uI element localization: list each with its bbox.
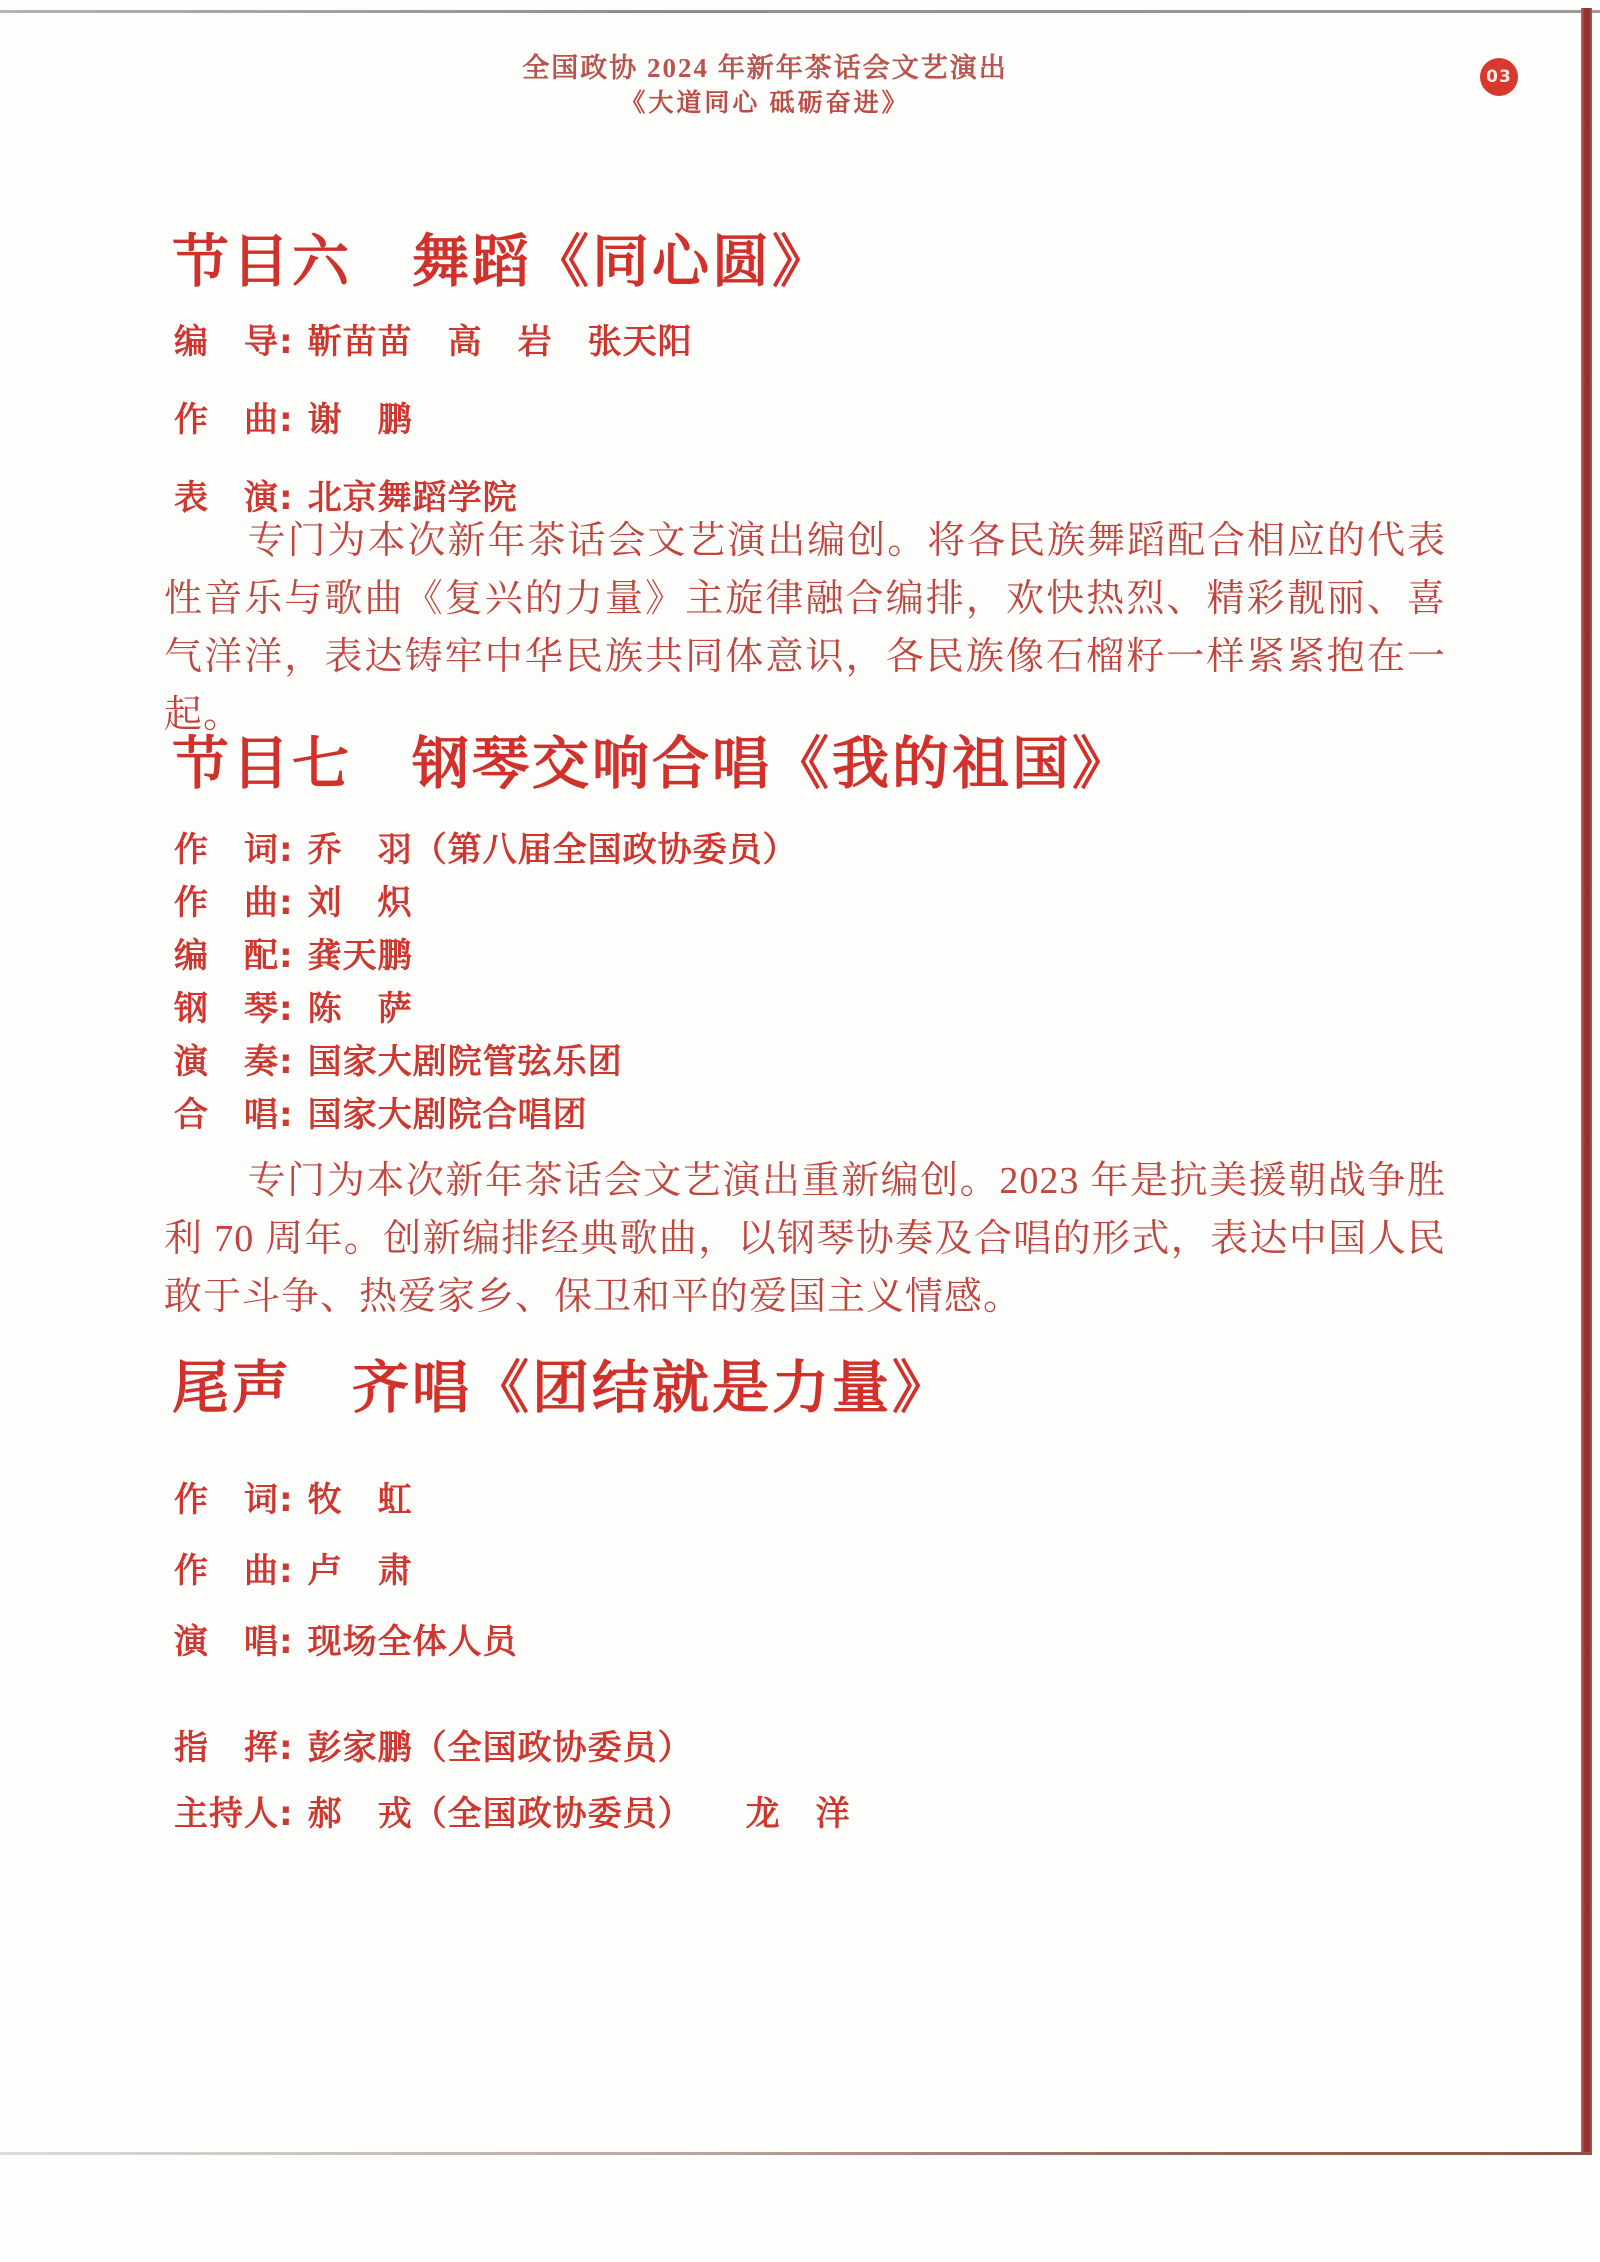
program-page: 全国政协 2024 年新年茶话会文艺演出 《大道同心 砥砺奋进》 03 节目六 … — [0, 0, 1600, 2262]
header-title: 全国政协 2024 年新年茶话会文艺演出 — [0, 46, 1530, 85]
top-rule — [0, 10, 1600, 13]
credit-label: 指 挥: — [174, 1728, 294, 1768]
page-number-badge: 03 — [1480, 58, 1518, 96]
credit-row: 作 曲:谢 鹏 — [174, 400, 693, 440]
credit-label: 作 曲: — [174, 883, 294, 923]
credit-label: 主持人: — [174, 1794, 294, 1834]
description-program6: 专门为本次新年茶话会文艺演出编创。将各民族舞蹈配合相应的代表性音乐与歌曲《复兴的… — [164, 512, 1446, 744]
credit-value: 牧 虹 — [308, 1480, 413, 1520]
event-credits: 指 挥:彭家鹏（全国政协委员） 主持人:郝 戎（全国政协委员） 龙 洋 — [174, 1728, 851, 1860]
credit-label: 作 词: — [174, 830, 294, 870]
section-title-coda: 尾声 齐唱《团结就是力量》 — [172, 1356, 952, 1420]
credit-row: 演 唱:现场全体人员 — [174, 1622, 518, 1662]
credit-value: 国家大剧院合唱团 — [308, 1095, 588, 1135]
credit-label: 钢 琴: — [174, 989, 294, 1029]
credit-value: 卢 肃 — [308, 1551, 413, 1591]
credit-row: 作 曲:卢 肃 — [174, 1551, 518, 1591]
credit-row: 作 曲:刘 炽 — [174, 883, 798, 923]
credit-value: 彭家鹏（全国政协委员） — [308, 1728, 693, 1768]
credit-label: 编 配: — [174, 936, 294, 976]
credit-value: 现场全体人员 — [308, 1622, 518, 1662]
credit-label: 作 曲: — [174, 1551, 294, 1591]
credit-value: 陈 萨 — [308, 989, 413, 1029]
credit-value: 郝 戎（全国政协委员） 龙 洋 — [308, 1794, 851, 1834]
credit-value: 国家大剧院管弦乐团 — [308, 1042, 623, 1082]
credit-value: 靳苗苗 高 岩 张天阳 — [308, 322, 693, 362]
section-title-program7: 节目七 钢琴交响合唱《我的祖国》 — [172, 732, 1132, 796]
credit-label: 作 曲: — [174, 400, 294, 440]
credit-row: 合 唱:国家大剧院合唱团 — [174, 1095, 798, 1135]
credit-value: 谢 鹏 — [308, 400, 413, 440]
credit-value: 龚天鹏 — [308, 936, 413, 976]
description-program7: 专门为本次新年茶话会文艺演出重新编创。2023 年是抗美援朝战争胜利 70 周年… — [164, 1152, 1446, 1326]
credit-row: 指 挥:彭家鹏（全国政协委员） — [174, 1728, 851, 1768]
credit-label: 演 奏: — [174, 1042, 294, 1082]
header-subtitle: 《大道同心 砥砺奋进》 — [0, 83, 1530, 119]
credit-label: 作 词: — [174, 1480, 294, 1520]
credit-row: 编 配:龚天鹏 — [174, 936, 798, 976]
credits-coda: 作 词:牧 虹 作 曲:卢 肃 演 唱:现场全体人员 — [174, 1480, 518, 1693]
credit-row: 主持人:郝 戎（全国政协委员） 龙 洋 — [174, 1794, 851, 1834]
right-border-stripe — [1581, 8, 1592, 2154]
credit-label: 合 唱: — [174, 1095, 294, 1135]
credit-value: 乔 羽（第八届全国政协委员） — [308, 830, 798, 870]
credit-label: 编 导: — [174, 322, 294, 362]
credit-row: 作 词:牧 虹 — [174, 1480, 518, 1520]
credit-row: 编 导:靳苗苗 高 岩 张天阳 — [174, 322, 693, 362]
credit-row: 作 词:乔 羽（第八届全国政协委员） — [174, 830, 798, 870]
credit-value: 刘 炽 — [308, 883, 413, 923]
credit-label: 演 唱: — [174, 1622, 294, 1662]
credit-row: 钢 琴:陈 萨 — [174, 989, 798, 1029]
section-title-program6: 节目六 舞蹈《同心圆》 — [172, 230, 832, 294]
credits-program7: 作 词:乔 羽（第八届全国政协委员） 作 曲:刘 炽 编 配:龚天鹏 钢 琴:陈… — [174, 830, 798, 1148]
credit-row: 演 奏:国家大剧院管弦乐团 — [174, 1042, 798, 1082]
bottom-rule — [0, 2152, 1592, 2155]
